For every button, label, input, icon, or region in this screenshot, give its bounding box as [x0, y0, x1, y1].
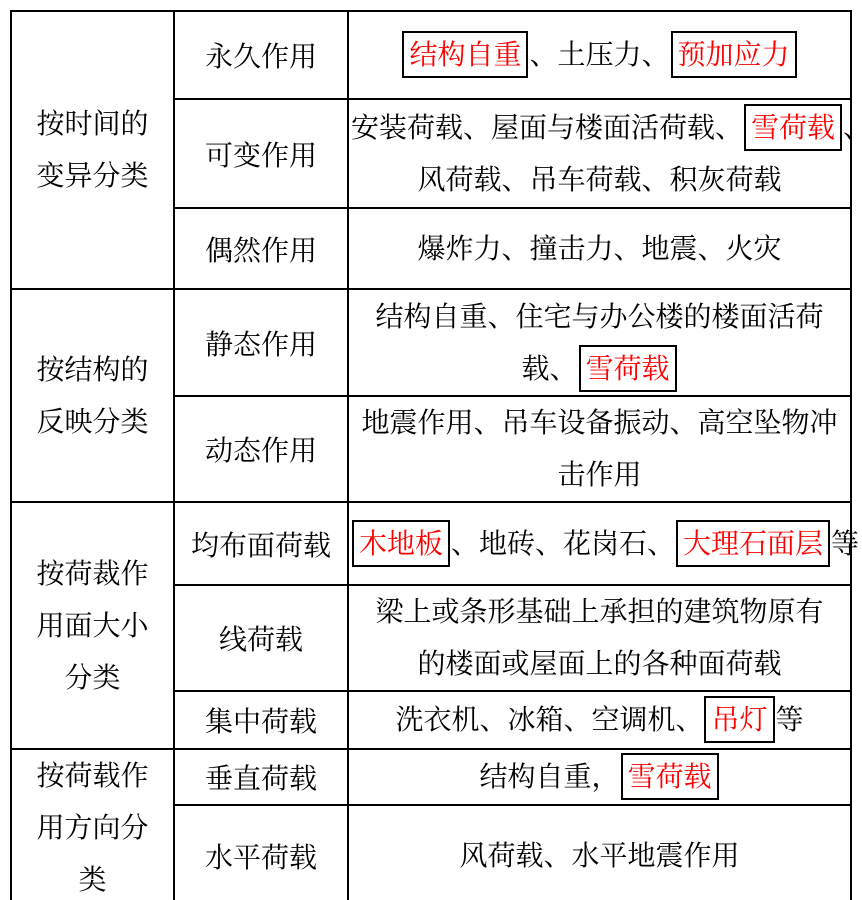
- examples-cell: 结构自重、土压力、预加应力: [348, 11, 851, 99]
- examples-cell: 爆炸力、撞击力、地震、火灾: [348, 208, 851, 289]
- highlighted-term: 雪荷载: [621, 753, 719, 800]
- category-line: 类: [14, 854, 171, 900]
- text-segment: 地震作用、吊车设备振动、高空坠物冲: [361, 407, 837, 438]
- category-line: 按荷裁作: [14, 548, 171, 600]
- category-line: 反映分类: [14, 396, 171, 448]
- category-cell: 按荷载作用方向分类: [11, 749, 174, 900]
- category-cell: 按时间的变异分类: [11, 11, 174, 289]
- type-cell: 动态作用: [174, 396, 348, 502]
- load-classification-table: 按时间的变异分类永久作用结构自重、土压力、预加应力可变作用安装荷载、屋面与楼面活…: [10, 10, 852, 900]
- category-line: 用方向分: [14, 802, 171, 854]
- type-cell: 可变作用: [174, 99, 348, 208]
- highlighted-term: 雪荷载: [579, 345, 677, 392]
- examples-line: 安装荷载、屋面与楼面活荷载、雪荷载、: [351, 102, 848, 154]
- examples-line: 的楼面或屋面上的各种面荷载: [351, 638, 848, 690]
- examples-cell: 安装荷载、屋面与楼面活荷载、雪荷载、风荷载、吊车荷载、积灰荷载: [348, 99, 851, 208]
- type-cell: 集中荷载: [174, 691, 348, 749]
- examples-line: 载、雪荷载: [351, 343, 848, 395]
- text-segment: 爆炸力、撞击力、地震、火灾: [417, 233, 781, 264]
- examples-line: 结构自重、土压力、预加应力: [351, 29, 848, 81]
- type-cell: 线荷载: [174, 585, 348, 691]
- examples-line: 风荷载、水平地震作用: [351, 830, 848, 882]
- text-segment: 洗衣机、冰箱、空调机、: [395, 704, 703, 735]
- text-segment: 等: [831, 528, 859, 559]
- examples-cell: 风荷载、水平地震作用: [348, 805, 851, 900]
- text-segment: 等: [776, 704, 804, 735]
- category-line: 变异分类: [14, 150, 171, 202]
- examples-cell: 木地板、地砖、花岗石、大理石面层等: [348, 502, 851, 585]
- text-segment: 击作用: [557, 459, 641, 490]
- type-cell: 永久作用: [174, 11, 348, 99]
- category-line: 用面大小: [14, 600, 171, 652]
- examples-line: 地震作用、吊车设备振动、高空坠物冲: [351, 397, 848, 449]
- examples-cell: 结构自重，雪荷载: [348, 749, 851, 805]
- examples-line: 梁上或条形基础上承担的建筑物原有: [351, 586, 848, 638]
- text-segment: 、地砖、花岗石、: [451, 528, 675, 559]
- highlighted-term: 木地板: [352, 520, 450, 567]
- table-row: 按时间的变异分类永久作用结构自重、土压力、预加应力: [11, 11, 851, 99]
- highlighted-term: 预加应力: [671, 31, 797, 78]
- text-segment: 结构自重、住宅与办公楼的楼面活荷: [375, 301, 823, 332]
- examples-line: 风荷载、吊车荷载、积灰荷载: [351, 154, 848, 206]
- examples-line: 击作用: [351, 449, 848, 501]
- type-cell: 水平荷载: [174, 805, 348, 900]
- text-segment: 风荷载、水平地震作用: [459, 840, 739, 871]
- examples-line: 洗衣机、冰箱、空调机、吊灯等: [351, 694, 848, 746]
- examples-cell: 结构自重、住宅与办公楼的楼面活荷载、雪荷载: [348, 289, 851, 396]
- category-line: 按时间的: [14, 98, 171, 150]
- examples-line: 结构自重、住宅与办公楼的楼面活荷: [351, 291, 848, 343]
- examples-cell: 洗衣机、冰箱、空调机、吊灯等: [348, 691, 851, 749]
- highlighted-term: 雪荷载: [744, 104, 842, 151]
- table-row: 按荷载作用方向分类垂直荷载结构自重，雪荷载: [11, 749, 851, 805]
- text-segment: 梁上或条形基础上承担的建筑物原有: [375, 596, 823, 627]
- text-segment: 的楼面或屋面上的各种面荷载: [417, 648, 781, 679]
- table-row: 按结构的反映分类静态作用结构自重、住宅与办公楼的楼面活荷载、雪荷载: [11, 289, 851, 396]
- examples-line: 结构自重，雪荷载: [351, 751, 848, 803]
- category-line: 按荷载作: [14, 750, 171, 802]
- examples-line: 爆炸力、撞击力、地震、火灾: [351, 223, 848, 275]
- type-cell: 静态作用: [174, 289, 348, 396]
- examples-line: 木地板、地砖、花岗石、大理石面层等: [351, 518, 848, 570]
- text-segment: 安装荷载、屋面与楼面活荷载、: [351, 112, 743, 143]
- category-line: 分类: [14, 652, 171, 704]
- table-row: 按荷裁作用面大小分类均布面荷载木地板、地砖、花岗石、大理石面层等: [11, 502, 851, 585]
- highlighted-term: 吊灯: [704, 696, 774, 743]
- text-segment: 风荷载、吊车荷载、积灰荷载: [417, 164, 781, 195]
- examples-cell: 梁上或条形基础上承担的建筑物原有的楼面或屋面上的各种面荷载: [348, 585, 851, 691]
- text-segment: 结构自重，: [479, 761, 619, 792]
- category-cell: 按荷裁作用面大小分类: [11, 502, 174, 749]
- category-line: 按结构的: [14, 344, 171, 396]
- highlighted-term: 结构自重: [402, 31, 528, 78]
- load-table-body: 按时间的变异分类永久作用结构自重、土压力、预加应力可变作用安装荷载、屋面与楼面活…: [11, 11, 851, 900]
- load-classification-page: 按时间的变异分类永久作用结构自重、土压力、预加应力可变作用安装荷载、屋面与楼面活…: [0, 0, 862, 900]
- text-segment: 载、: [521, 353, 577, 384]
- text-segment: 、: [843, 112, 862, 143]
- type-cell: 均布面荷载: [174, 502, 348, 585]
- examples-cell: 地震作用、吊车设备振动、高空坠物冲击作用: [348, 396, 851, 502]
- type-cell: 垂直荷载: [174, 749, 348, 805]
- highlighted-term: 大理石面层: [676, 520, 830, 567]
- text-segment: 、土压力、: [529, 39, 669, 70]
- category-cell: 按结构的反映分类: [11, 289, 174, 502]
- type-cell: 偶然作用: [174, 208, 348, 289]
